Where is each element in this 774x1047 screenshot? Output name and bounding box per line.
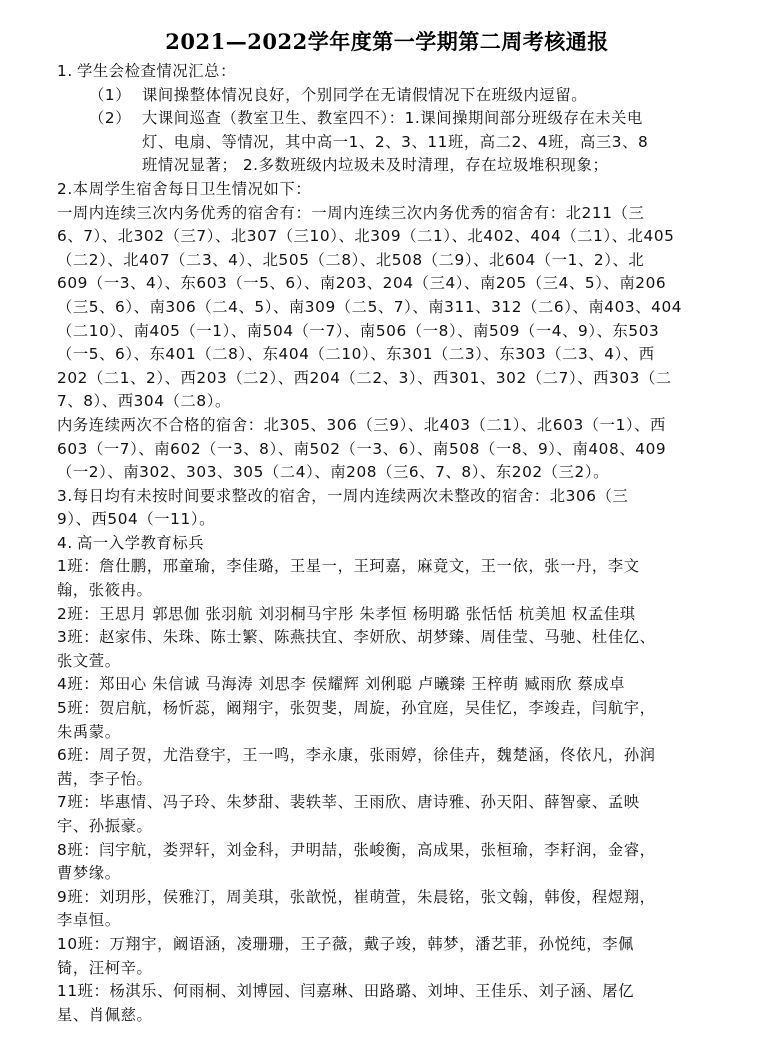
excellent-dorms-line: （二10）、南405（一1）、南504（一7）、南506（一8）、南509（一4… xyxy=(57,320,757,344)
class-9-line: 9班：刘玥彤，侯雅汀，周美琪，张歆悦，崔萌萱，朱晨铭，张文翰，韩俊，程煜翔， xyxy=(57,886,757,910)
item-text: 课间操整体情况良好，个别同学在无请假情况下在班级内逗留。 xyxy=(142,86,587,104)
excellent-dorms-line: （一5、6）、东401（二8）、东404（二10）、东301（二3）、东303（… xyxy=(57,343,757,367)
class-10-line: 锜，汪柯辛。 xyxy=(57,957,757,981)
class-1-line: 翰，张筱冉。 xyxy=(57,579,757,603)
excellent-dorms-line: 7、8）、西304（二8）。 xyxy=(57,390,757,414)
failing-dorms-line: 内务连续两次不合格的宿舍：北305、306（三9）、北403（二1）、北603（… xyxy=(57,414,757,438)
class-6-line: 茜，李子怡。 xyxy=(57,768,757,792)
class-3-line: 张文萱。 xyxy=(57,650,757,674)
item-text: 大课间巡查（教室卫生、教室四不）：1.课间操期间部分班级存在未关电 xyxy=(142,109,643,127)
class-5-line: 5班：贺启航，杨忻蕊，阚翔宇，张贺斐，周旋，孙宜庭，吴佳忆，李竣垚，闫航宇， xyxy=(57,697,757,721)
section-4-heading: 4.高一入学教育标兵 xyxy=(57,532,757,556)
failing-dorms-line: （一2）、南302、303、305（二4）、南208（三6、7、8）、东202（… xyxy=(57,461,757,485)
class-2-line: 2班：王思月 郭思伽 张羽航 刘羽桐马宇彤 朱孝恒 杨明璐 张恬恬 杭美旭 权孟… xyxy=(57,603,757,627)
class-10-line: 10班：万翔宇，阚语涵，凌珊珊，王子薇，戴子竣，韩梦，潘艺菲，孙悦纯，李佩 xyxy=(57,933,757,957)
class-5-line: 朱禹蒙。 xyxy=(57,721,757,745)
class-9-line: 李卓恒。 xyxy=(57,909,757,933)
excellent-dorms-line: 一周内连续三次内务优秀的宿舍有：一周内连续三次内务优秀的宿舍有：北211（三 xyxy=(57,202,757,226)
document-body: 1.学生会检查情况汇总： （1）课间操整体情况良好，个别同学在无请假情况下在班级… xyxy=(57,60,757,1027)
section-3-line: 9）、西504（一11）。 xyxy=(57,508,757,532)
class-3-line: 3班：赵家伟、朱珠、陈士繁、陈燕扶宜、李妍欣、胡梦臻、周佳莹、马驰、杜佳亿、 xyxy=(57,626,757,650)
class-8-line: 曹梦缘。 xyxy=(57,862,757,886)
class-4-line: 4班：郑田心 朱信诚 马海涛 刘思李 侯耀辉 刘俐聪 卢曦臻 王梓萌 臧雨欣 蔡… xyxy=(57,673,757,697)
class-6-line: 6班：周子贺，尤浩登宇，王一鸣，李永康，张雨婷，徐佳卉，魏楚涵，佟依凡，孙润 xyxy=(57,744,757,768)
excellent-dorms-line: （二2）、北407（二3、4）、北505（二8）、北508（二9）、北604（一… xyxy=(57,249,757,273)
excellent-dorms-line: 6、7）、北302（三7）、北307（三10）、北309（二1）、北402、40… xyxy=(57,225,757,249)
section-heading-text: 学生会检查情况汇总： xyxy=(77,62,236,80)
class-11-line: 星、肖佩慈。 xyxy=(57,1004,757,1028)
excellent-dorms-line: （三5、6）、南306（二4、5）、南309（二5、7）、南311、312（二6… xyxy=(57,296,757,320)
class-7-line: 宇、孙振豪。 xyxy=(57,815,757,839)
class-8-line: 8班：闫宇航，娄羿轩，刘金科，尹明喆，张峻衡，高成果，张桓瑜，李耔润，金睿， xyxy=(57,839,757,863)
section-heading-text: 高一入学教育标兵 xyxy=(77,534,204,552)
class-7-line: 7班：毕惠情、冯子玲、朱梦甜、裴轶莘、王雨欣、唐诗雅、孙天阳、薛智豪、孟映 xyxy=(57,791,757,815)
section-number: 1. xyxy=(57,60,77,84)
item-number: （1） xyxy=(89,84,142,108)
section-1-item-1: （1）课间操整体情况良好，个别同学在无请假情况下在班级内逗留。 xyxy=(57,84,757,108)
section-2-heading: 2.本周学生宿舍每日卫生情况如下： xyxy=(57,178,757,202)
section-1-item-2: （2）大课间巡查（教室卫生、教室四不）：1.课间操期间部分班级存在未关电 xyxy=(57,107,757,131)
excellent-dorms-line: 202（二1、2）、西203（二2）、西204（二2、3）、西301、302（二… xyxy=(57,367,757,391)
class-1-line: 1班：詹仕鹏，邢童瑜，李佳璐，王星一，王珂嘉，麻竟文，王一依，张一丹，李文 xyxy=(57,555,757,579)
item-text-continued: 灯、电扇、等情况，其中高一1、2、3、11班，高二2、4班，高三3、8 xyxy=(57,131,757,155)
failing-dorms-line: 603（一7）、南602（一3、8）、南502（一3、6）、南508（一8、9）… xyxy=(57,438,757,462)
section-1-heading: 1.学生会检查情况汇总： xyxy=(57,60,757,84)
item-number: （2） xyxy=(89,107,142,131)
document-title: 2021—2022学年度第一学期第二周考核通报 xyxy=(0,28,774,56)
section-number: 4. xyxy=(57,532,77,556)
excellent-dorms-line: 609（一3、4）、东603（一5、6）、南203、204（三4）、南205（三… xyxy=(57,272,757,296)
class-11-line: 11班：杨淇乐、何雨桐、刘博园、闫嘉琳、田路璐、刘坤、王佳乐、刘子涵、屠亿 xyxy=(57,980,757,1004)
item-text-continued: 班情况显著； 2.多数班级内垃圾未及时清理，存在垃圾堆积现象； xyxy=(57,154,757,178)
document-page: 2021—2022学年度第一学期第二周考核通报 1.学生会检查情况汇总： （1）… xyxy=(0,0,774,1047)
section-3-line: 3.每日均有未按时间要求整改的宿舍，一周内连续两次未整改的宿舍：北306（三 xyxy=(57,485,757,509)
